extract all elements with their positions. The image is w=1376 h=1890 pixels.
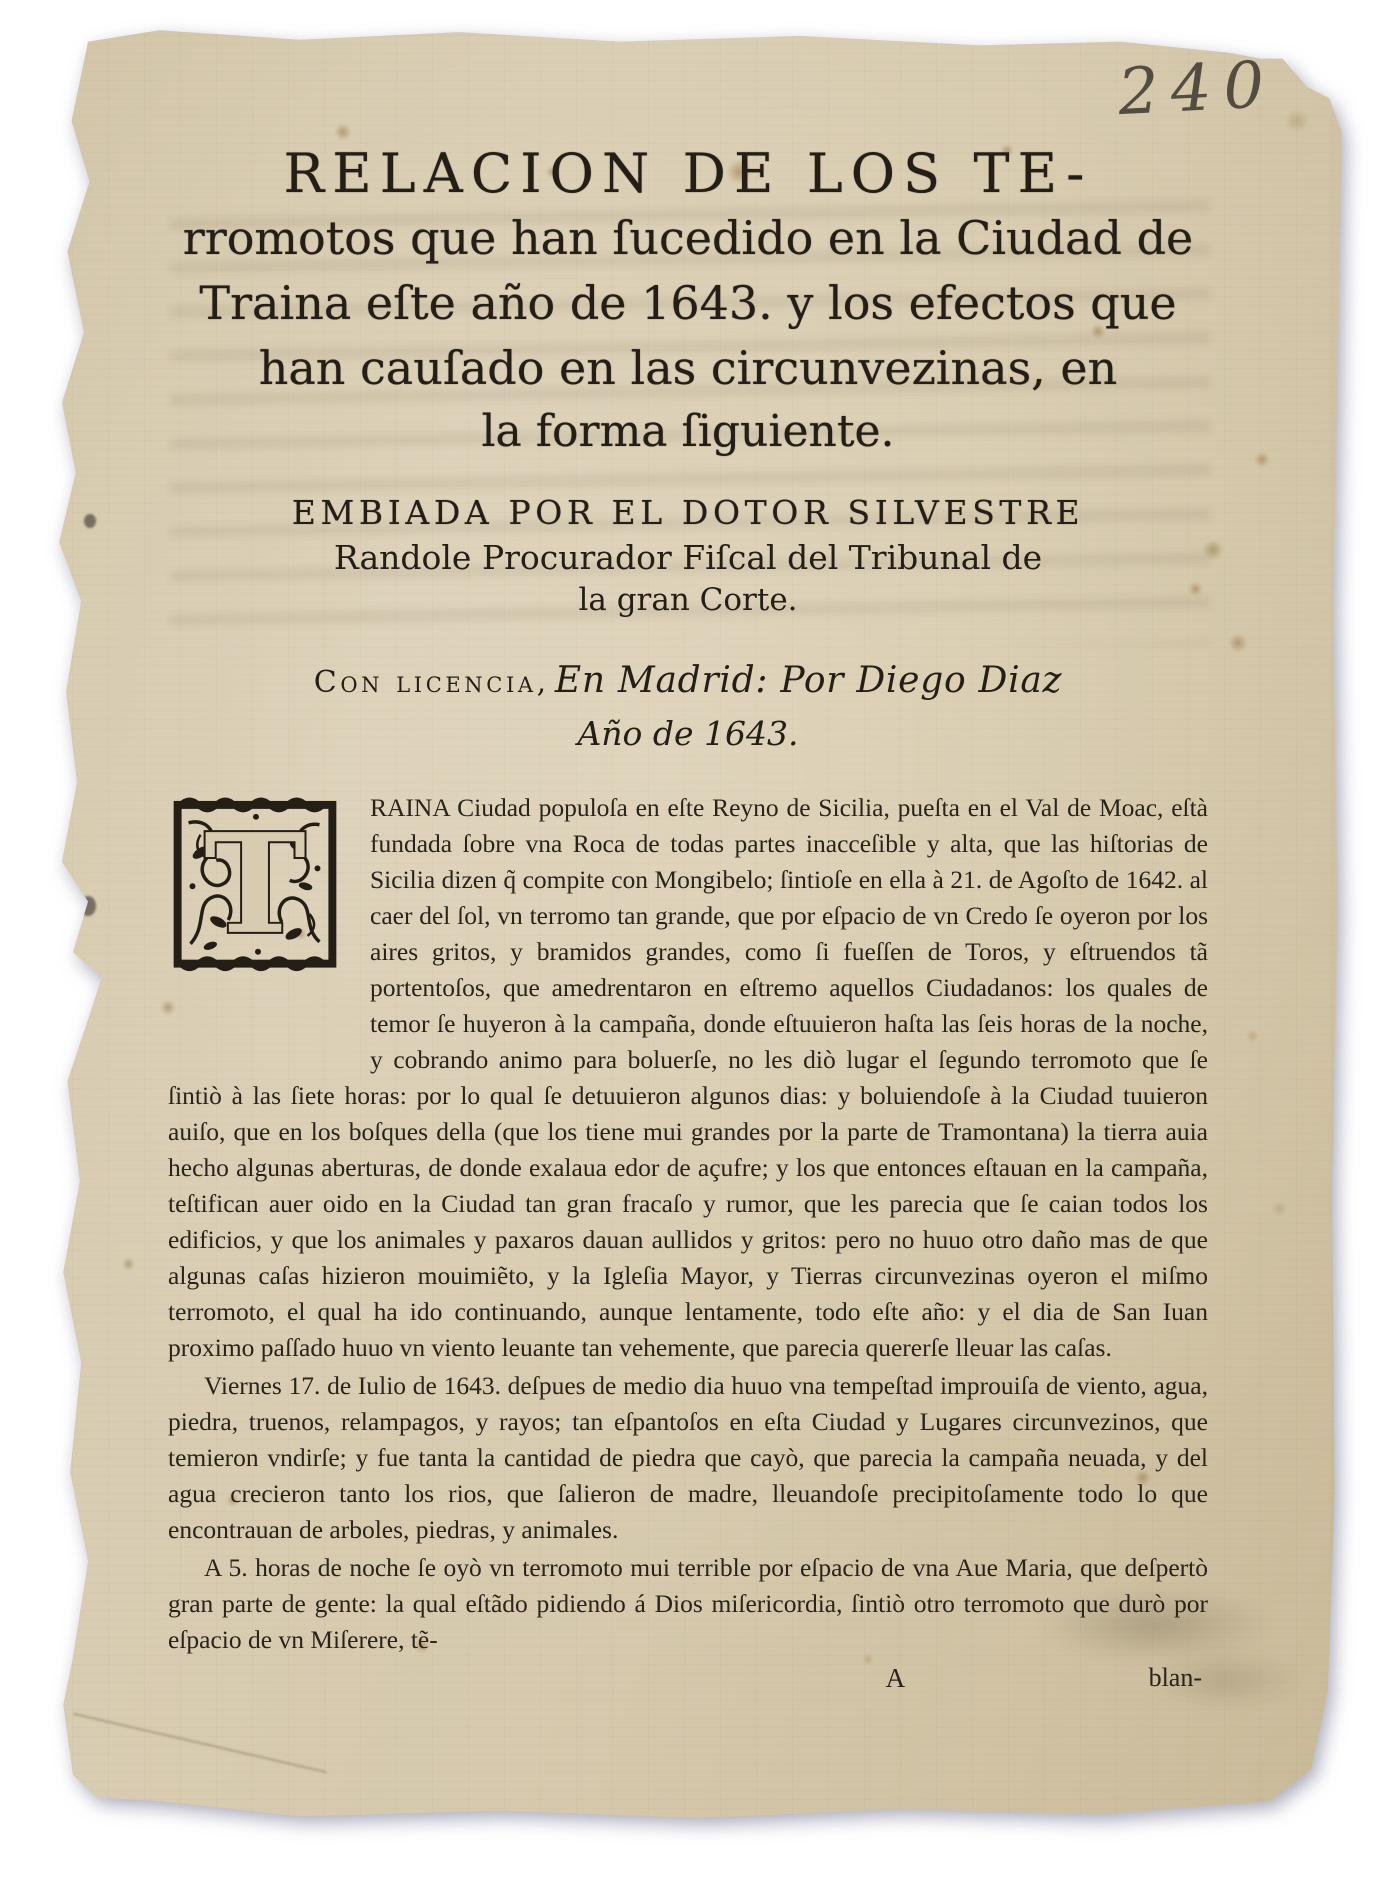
body-text: T RAINA Ciudad populoſa en eſte Reyno de… [168,790,1208,1696]
imprint-place-printer: En Madrid: Por Diego Diaz [555,660,1062,701]
byline-line-1: EMBIADA POR EL DOTOR SILVESTRE [168,491,1208,536]
title-line-1: RELACION DE LOS TE- [168,142,1208,206]
handwritten-folio-number: 240 [1116,48,1278,130]
foxing-stain [122,1258,135,1270]
paragraph-3: A 5. horas de noche ſe oyò vn terromoto … [168,1550,1208,1658]
imprint-block: Con licencia, En Madrid: Por Diego Diaz … [168,658,1208,756]
pamphlet-page: 240 RELACION DE LOS TE- rromotos que han… [0,0,1376,1890]
title-line-3: Traina eſte año de 1643. y los efectos q… [168,271,1208,336]
paper-shadow: 240 RELACION DE LOS TE- rromotos que han… [0,0,1376,1890]
title-line-4: han cauſado en las circunvezinas, en [168,336,1208,401]
signature-line: A blan- [168,1660,1208,1696]
byline-line-2: Randole Procurador Fiſcal del Tribunal d… [168,536,1208,581]
foxing-stain [1254,452,1270,467]
imprint-year: Año de 1643. [168,713,1208,756]
svg-text:T: T [204,804,306,965]
title-line-2: rromotos que han ſucedido en la Ciudad d… [168,206,1208,271]
byline-line-3: la gran Corte. [168,580,1208,620]
paragraph-2: Viernes 17. de Iulio de 1643. deſpues de… [168,1368,1208,1548]
foxing-stain [1284,110,1310,132]
title-line-5: la forma ſiguiente. [168,402,1208,461]
foxing-stain [1272,1202,1287,1216]
paragraph-1: T RAINA Ciudad populoſa en eſte Reyno de… [168,790,1208,1366]
printed-page-content: RELACION DE LOS TE- rromotos que han ſuc… [168,142,1208,1696]
foxing-stain [334,124,352,140]
byline-block: EMBIADA POR EL DOTOR SILVESTRE Randole P… [168,491,1208,620]
woodcut-initial-art: T [170,795,340,1043]
licencia-text: Con licencia, [314,665,550,700]
title-block: RELACION DE LOS TE- rromotos que han ſuc… [168,142,1208,461]
foxing-stain [1228,634,1248,652]
catchword: blan- [1149,1660,1202,1696]
foxing-stain [1246,1030,1259,1042]
signature-mark: A [886,1660,906,1696]
edge-chip [80,896,96,916]
crease-mark [73,1713,327,1773]
imprint-line: Con licencia, En Madrid: Por Diego Diaz [168,658,1208,705]
woodcut-initial-T: T [170,795,340,1043]
scan-background: 240 RELACION DE LOS TE- rromotos que han… [0,0,1376,1890]
edge-chip [84,514,96,528]
